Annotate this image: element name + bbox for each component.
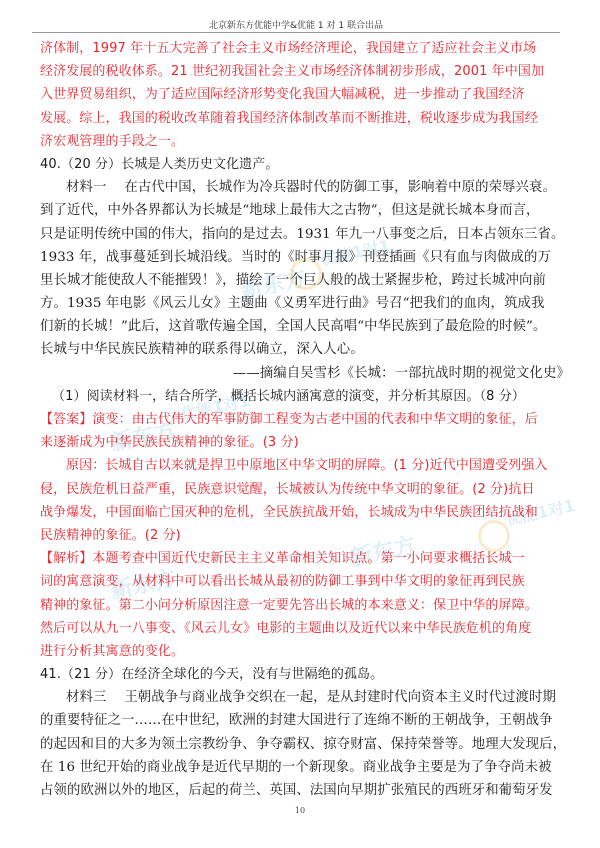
answer-line: 战争爆发，中国面临亡国灭种的危机，全民族抗战开始，长城成为中华民族团结抗战和 — [40, 501, 570, 524]
material-line: 材料一 在古代中国，长城作为冷兵器时代的防御工事，影响着中原的荣辱兴衰。 — [40, 176, 570, 199]
material-line: 们新的长城！”此后，这首歌传遍全国，全国人民高唱“中华民族到了最危险的时候”。 — [40, 315, 570, 338]
answer-line: 济体制，1997 年十五大完善了社会主义市场经济理论，我国建立了适应社会主义市场 — [40, 37, 570, 60]
prior-answer: 济体制，1997 年十五大完善了社会主义市场经济理论，我国建立了适应社会主义市场… — [40, 37, 570, 153]
material-line: 方。1935 年电影《风云儿女》主题曲《义勇军进行曲》号召“把我们的血肉，筑成我 — [40, 292, 570, 315]
question-heading: 40.（20 分）长城是人类历史文化遗产。 — [40, 153, 570, 176]
analysis-line: 进行分析其寓意的变化。 — [40, 640, 570, 663]
page-header: 北京新东方优能中学&优能 1 对 1 联合出品 — [32, 18, 560, 31]
analysis-line: 然后可以从九一八事变、《风云儿女》电影的主题曲以及近代以来中华民族危机的角度 — [40, 617, 570, 640]
material-line: 只是证明传统中国的伟大，指向的是过去。1931 年九一八事变之后，日本占领东三省… — [40, 223, 570, 246]
page-number: 10 — [0, 806, 600, 815]
material-line: 的起因和目的大多为领土宗教纷争、争夺霸权、掠夺财富、保持荣誉等。地理大发现后， — [40, 733, 570, 756]
answer-line: 经济发展的税收体系。21 世纪初我国社会主义市场经济体制初步形成，2001 年中… — [40, 60, 570, 83]
answer-line: 入世界贸易组织，为了适应国际经济形势变化我国大幅减税，进一步推动了我国经济 — [40, 83, 570, 106]
answer-line: 发展。综上，我国的税收改革随着我国经济体制改革而不断推进，税收逐步成为我国经 — [40, 107, 570, 130]
material-line: 的重要特征之一……在中世纪，欧洲的封建大国进行了连绵不断的王朝战争，王朝战争 — [40, 709, 570, 732]
answer-line: 侵，民族危机日益严重，民族意识觉醒，长城被认为传统中华文明的象征。(2 分)抗日 — [40, 478, 570, 501]
question-41: 41.（21 分）在经济全球化的今天，没有与世隔绝的孤岛。 材料三 王朝战争与商… — [40, 663, 570, 802]
sub-question: （1）阅读材料一，结合所学，概括长城内涵寓意的演变，并分析其原因。（8 分） — [40, 385, 570, 408]
document-body: 济体制，1997 年十五大完善了社会主义市场经济理论，我国建立了适应社会主义市场… — [40, 37, 570, 802]
material-line: 占领的欧洲以外的地区，后起的荷兰、英国、法国向早期扩张殖民的西班牙和葡萄牙发 — [40, 779, 570, 802]
material-line: 1933 年，战事蔓延到长城沿线。当时的《时事月报》刊登插画《只有血与肉做成的万 — [40, 246, 570, 269]
question-40: 40.（20 分）长城是人类历史文化遗产。 材料一 在古代中国，长城作为冷兵器时… — [40, 153, 570, 663]
material-line: 里长城才能使敌人不能摧毁！》，描绘了一个巨人般的战士紧握步枪，跨过长城冲向前 — [40, 269, 570, 292]
analysis-line: 词的寓意演变，从材料中可以看出长城从最初的防御工事到中华文明的象征再到民族 — [40, 570, 570, 593]
analysis-line: 精神的象征。第二小问分析原因注意一定要先答出长城的本来意义：保卫中华的屏障。 — [40, 594, 570, 617]
answer-line: 原因：长城自古以来就是捍卫中原地区中华文明的屏障。(1 分)近代中国遭受列强入 — [40, 454, 570, 477]
analysis-line: 【解析】本题考查中国近代史新民主主义革命相关知识点。第一小问要求概括长城一 — [40, 547, 570, 570]
answer-line: 来逐渐成为中华民族民族精神的象征。(3 分) — [40, 431, 570, 454]
material-line: 长城与中华民族民族精神的联系得以确立，深入人心。 — [40, 338, 570, 361]
question-heading: 41.（21 分）在经济全球化的今天，没有与世隔绝的孤岛。 — [40, 663, 570, 686]
answer-line: 民族精神的象征。(2 分) — [40, 524, 570, 547]
answer-line: 济宏观管理的手段之一。 — [40, 130, 570, 153]
material-line: 在 16 世纪开始的商业战争是近代早期的一个新现象。商业战争主要是为了争夺尚未被 — [40, 756, 570, 779]
answer-line: 【答案】演变：由古代伟大的军事防御工程变为古老中国的代表和中华文明的象征，后 — [40, 408, 570, 431]
material-line: 到了近代，中外各界都认为长城是“地球上最伟大之古物”，但这是就长城本身而言， — [40, 199, 570, 222]
header-divider — [32, 32, 560, 33]
material-source: ——摘编自吴雪杉《长城：一部抗战时期的视觉文化史》 — [40, 362, 570, 385]
material-line: 材料三 王朝战争与商业战争交织在一起，是从封建时代向资本主义时代过渡时期 — [40, 686, 570, 709]
